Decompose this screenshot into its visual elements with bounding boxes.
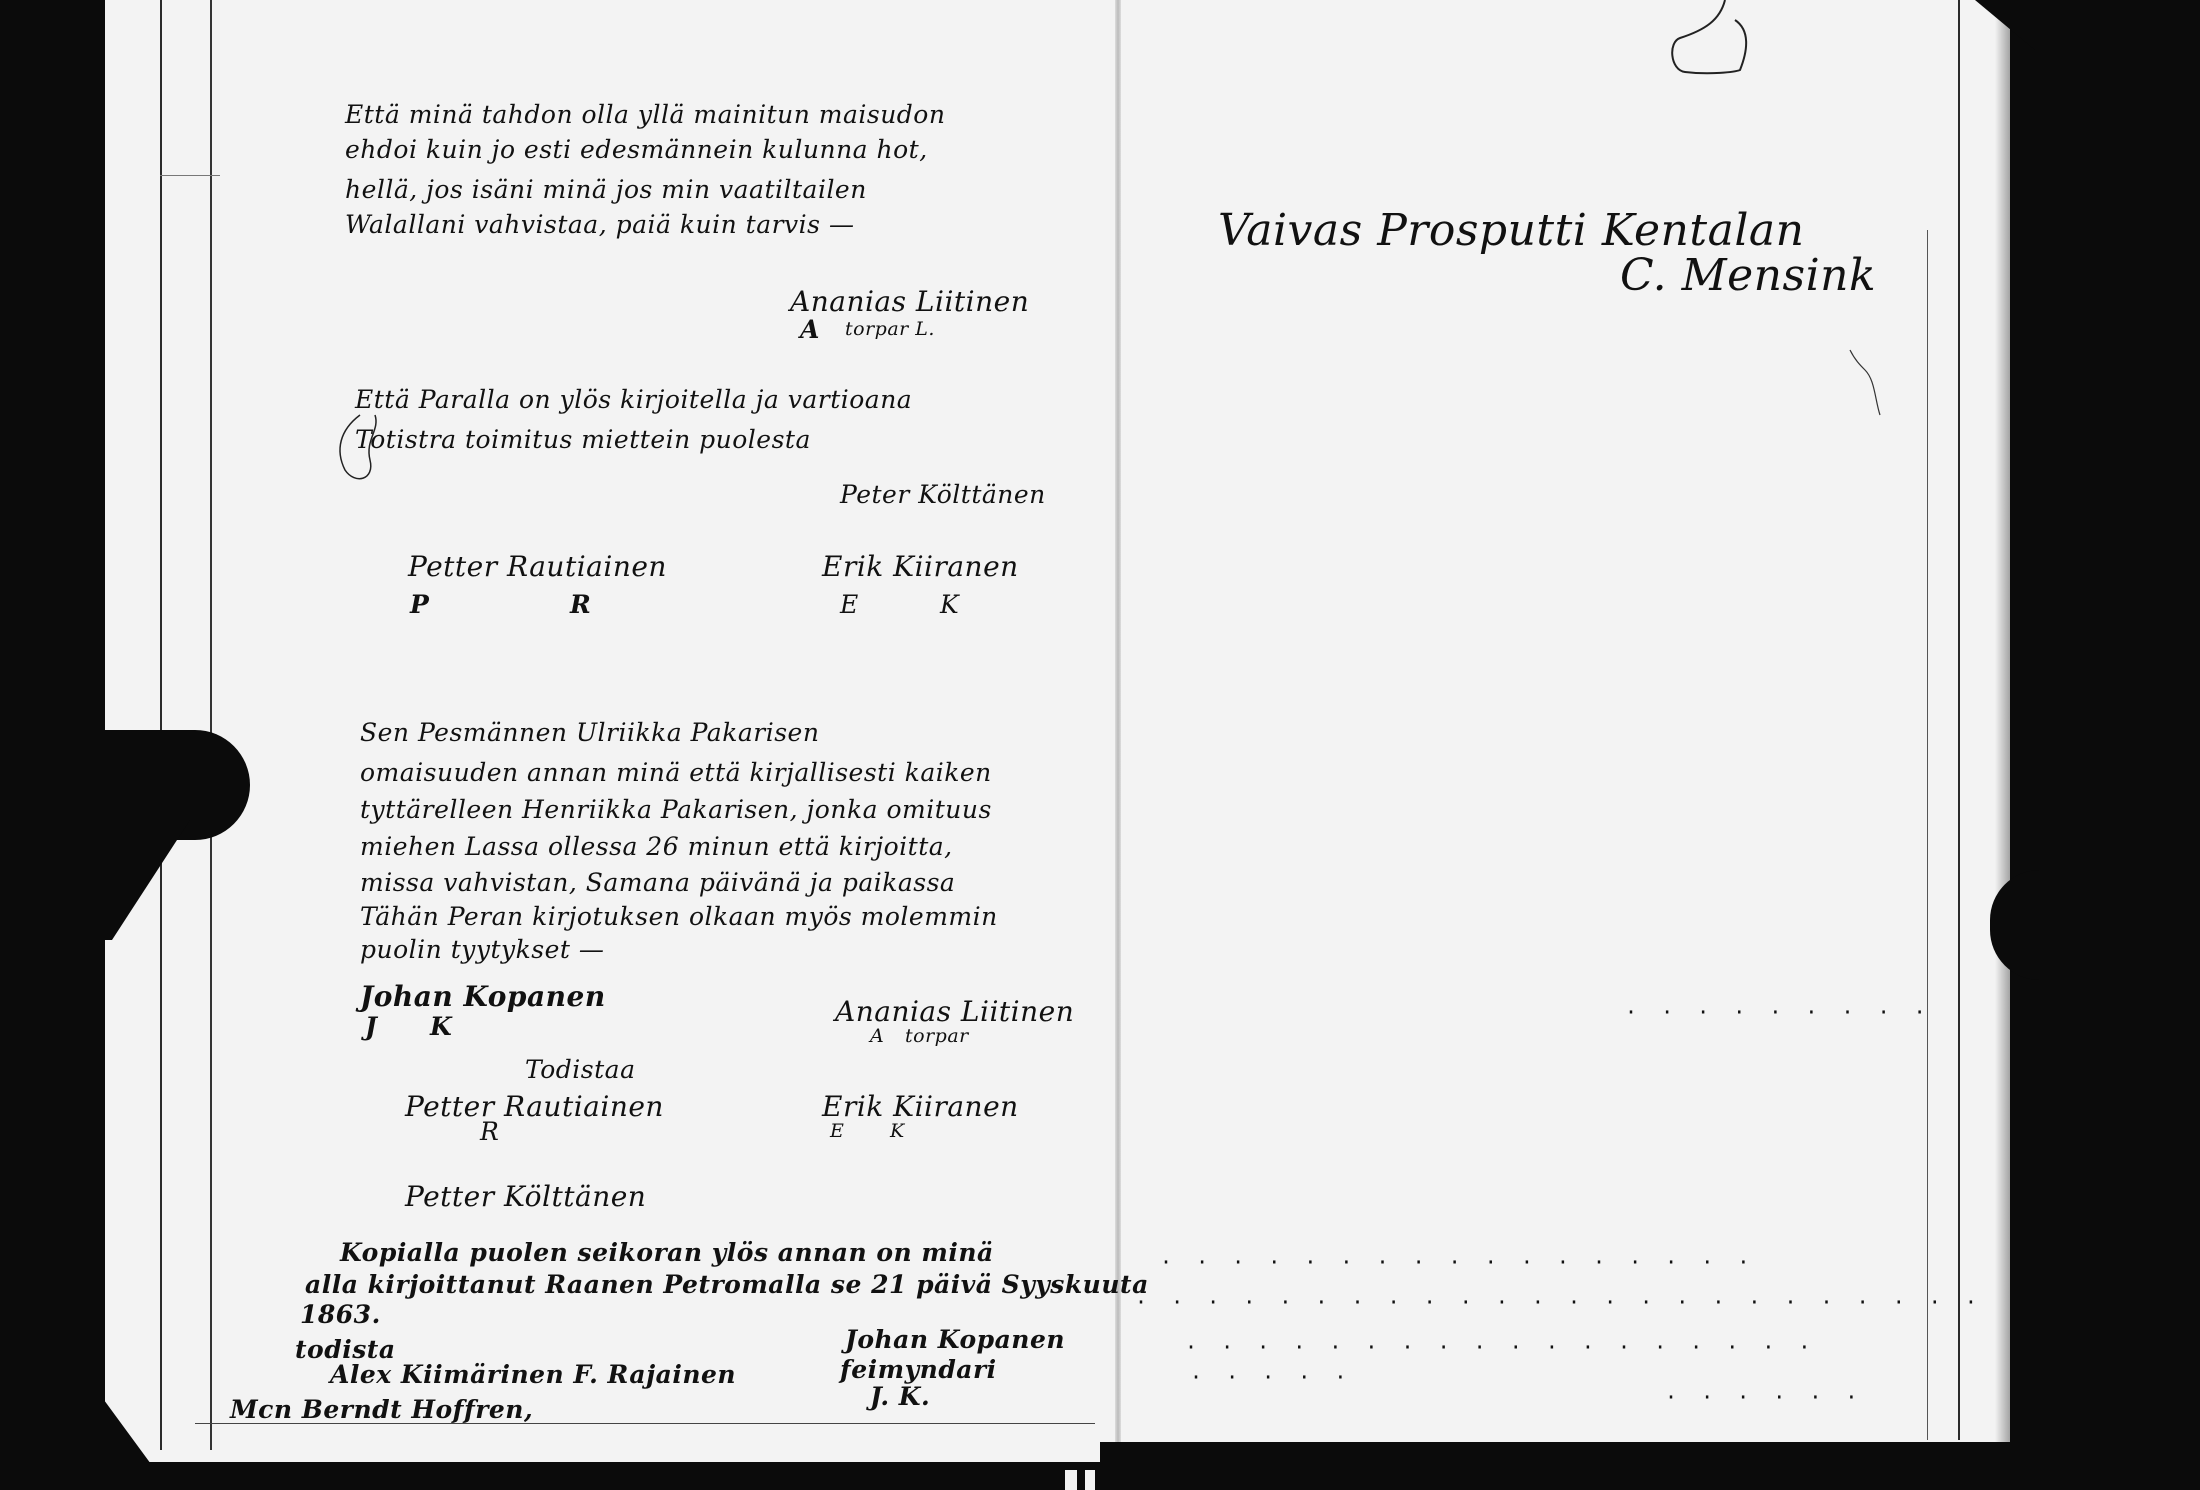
signature-name: Johan Kopanen [360, 980, 606, 1013]
signature-mark: torpar [905, 1025, 969, 1047]
text-line: 1863. [300, 1300, 381, 1329]
text-line: miehen Lassa ollessa 26 minun että kirjo… [360, 832, 953, 861]
text-line: Että Paralla on ylös kirjoitella ja vart… [355, 385, 912, 414]
spine-notch-2 [1085, 1470, 1095, 1490]
heading-line: Vaivas Prosputti Kentalan [1218, 205, 1804, 256]
text-line: omaisuuden annan minä että kirjallisesti… [360, 758, 992, 787]
text-line: puolin tyytykset — [360, 935, 604, 964]
signature-mark: K [890, 1120, 905, 1142]
text-line: missa vahvistan, Samana päivänä ja paika… [360, 868, 955, 897]
signature-mark: K [430, 1012, 452, 1041]
signature-mark: E [830, 1120, 844, 1142]
faded-text-line: · · · · · · [1665, 1385, 1863, 1409]
faded-text-line: · · · · · [1190, 1365, 1352, 1389]
right-margin-line-inner [1927, 230, 1928, 1440]
page-gutter [1115, 0, 1121, 1450]
left-margin-line-inner [210, 0, 212, 1450]
signature-name: Erik Kiiranen [822, 1090, 1019, 1123]
scan-edge-right [2030, 0, 2200, 1490]
witness-label: Todistaa [525, 1055, 635, 1084]
signer-title: feimyndari [840, 1355, 997, 1384]
heading-signature: C. Mensink [1620, 250, 1876, 301]
signature-mark: J [365, 1012, 377, 1041]
signer-marks: J. K. [870, 1382, 930, 1411]
signature-mark: A [800, 315, 820, 344]
text-line: Sen Pesmännen Ulriikka Pakarisen [360, 718, 819, 747]
witness-mark: R [570, 590, 591, 619]
margin-loop-mark [330, 410, 390, 490]
scan-edge-bottom [1100, 1442, 2200, 1490]
signature-name: Ananias Liitinen [835, 995, 1074, 1028]
witness-mark: P [410, 590, 429, 619]
top-rule [160, 175, 220, 176]
faded-text-line: · · · · · · · · · · · · · · · · · · [1185, 1335, 1816, 1359]
faded-text-line: · · · · · · · · · · · · · · · · · · · · … [1135, 1290, 1983, 1314]
text-line: Totistra toimitus miettein puolesta [355, 425, 811, 454]
witness-names: Alex Kiimärinen F. Rajainen [330, 1360, 736, 1389]
witness-name: Erik Kiiranen [822, 550, 1019, 583]
text-line: tyttärelleen Henriikka Pakarisen, jonka … [360, 795, 992, 824]
bottom-signature: Mcn Berndt Hoffren, [230, 1395, 533, 1424]
margin-curve-mark [1845, 345, 1905, 425]
signature-name: Petter Rautiainen [405, 1090, 664, 1123]
witness-name: Petter Rautiainen [408, 550, 667, 583]
text-line: hellä, jos isäni minä jos min vaatiltail… [345, 175, 867, 204]
faded-text-line: · · · · · · · · · [1625, 1000, 1932, 1024]
top-loop-mark [1670, 0, 1770, 80]
signature-name: Petter Költtänen [405, 1180, 646, 1213]
text-line: Tähän Peran kirjotuksen olkaan myös mole… [360, 902, 998, 931]
signature-mark: A [870, 1025, 884, 1047]
spine-notch [1065, 1470, 1077, 1490]
witness-mark: K [940, 590, 959, 619]
text-line: Walallani vahvistaa, paiä kuin tarvis — [345, 210, 854, 239]
signature-peter-kolttanen: Peter Költtänen [840, 480, 1046, 509]
signature-mark: R [480, 1117, 499, 1146]
scan-edge-bottom-left [105, 1462, 1105, 1490]
signature-name: Ananias Liitinen [790, 285, 1029, 318]
text-line: alla kirjoittanut Raanen Petromalla se 2… [305, 1270, 1149, 1299]
text-line: Että minä tahdon olla yllä mainitun mais… [345, 100, 945, 129]
scan-edge-right-shadow [1995, 0, 2035, 1460]
signer-name: Johan Kopanen [845, 1325, 1065, 1354]
witness-mark: E [840, 590, 859, 619]
left-margin-line [160, 0, 162, 1450]
signature-mark: torpar L. [845, 318, 935, 340]
text-line: Kopialla puolen seikoran ylös annan on m… [340, 1238, 994, 1267]
text-line: ehdoi kuin jo esti edesmännein kulunna h… [345, 135, 928, 164]
right-margin-line [1958, 0, 1960, 1440]
faded-text-line: · · · · · · · · · · · · · · · · · [1160, 1250, 1755, 1274]
